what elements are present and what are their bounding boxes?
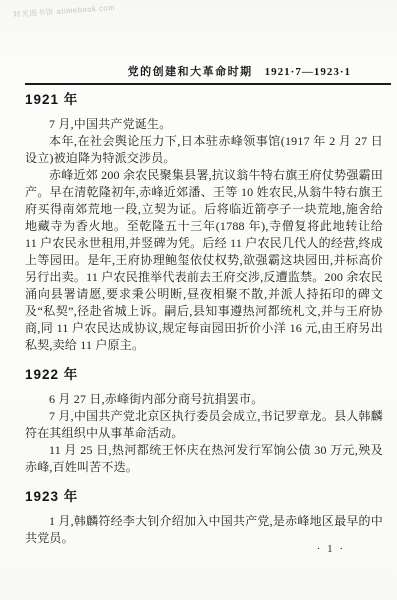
paragraph: 1 月,韩麟符经李大钊介绍加入中国共产党,是赤峰地区最早的中共党员。 xyxy=(25,513,383,547)
running-head: 党的创建和大革命时期1921·7—1923·1 xyxy=(25,63,351,79)
paragraph: 11 月 25 日,热河都统王怀庆在热河发行军饷公债 30 万元,殃及赤峰,百姓… xyxy=(25,442,383,476)
page-body: 1921 年 7 月,中国共产党诞生。 本年,在社会舆论压力下,日本驻赤峰领事馆… xyxy=(25,91,383,547)
book-page: 时光图书馆 atimebook.com 党的创建和大革命时期1921·7—192… xyxy=(0,0,397,600)
year-heading-1923: 1923 年 xyxy=(25,488,383,506)
watermark: 时光图书馆 atimebook.com xyxy=(13,2,115,20)
paragraph: 赤峰近郊 200 余农民聚集县署,抗议翁牛特右旗王府仗势强霸田产。早在清乾隆初年… xyxy=(25,167,383,354)
paragraph: 本年,在社会舆论压力下,日本驻赤峰领事馆(1917 年 2 月 27 日设立)被… xyxy=(25,133,383,167)
year-heading-1921: 1921 年 xyxy=(25,91,383,109)
header-rule xyxy=(25,83,391,85)
page-number: · 1 · xyxy=(317,543,345,555)
paragraph: 7 月,中国共产党北京区执行委员会成立,书记罗章龙。县人韩麟符在其组织中从事革命… xyxy=(25,408,383,442)
running-head-title: 党的创建和大革命时期 xyxy=(128,66,253,78)
paragraph: 6 月 27 日,赤峰街内部分商号抗捐罢市。 xyxy=(25,391,383,408)
running-head-dates: 1921·7—1923·1 xyxy=(265,66,351,78)
year-heading-1922: 1922 年 xyxy=(25,366,383,384)
paragraph: 7 月,中国共产党诞生。 xyxy=(25,116,383,133)
